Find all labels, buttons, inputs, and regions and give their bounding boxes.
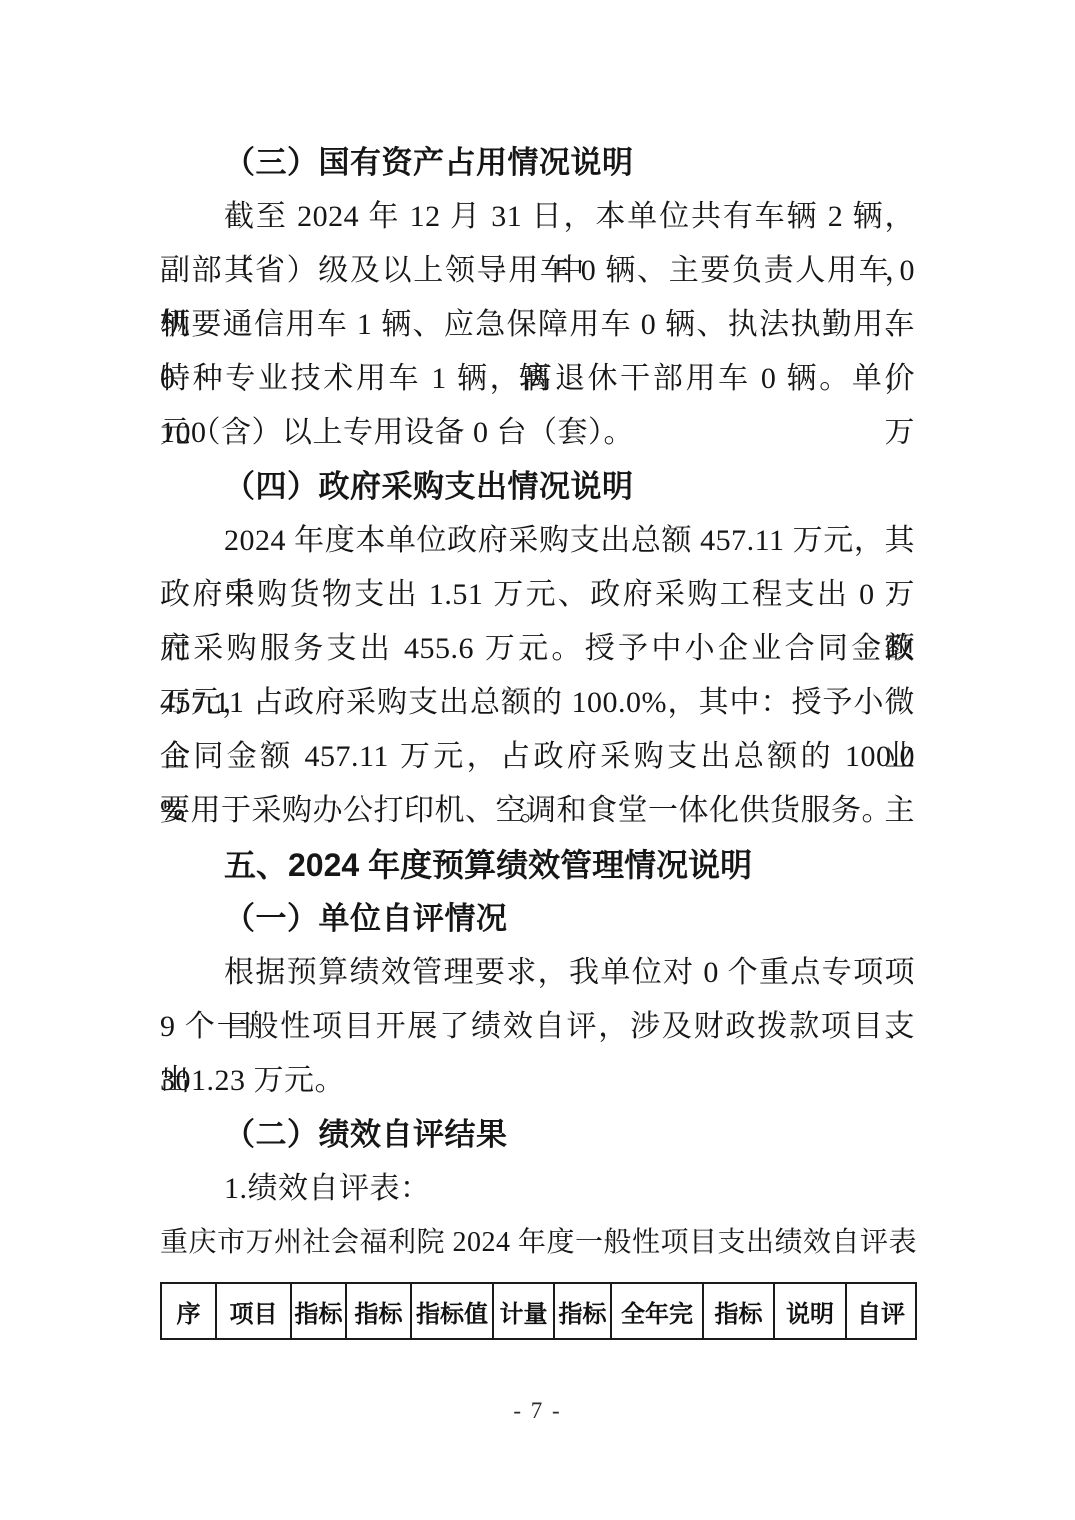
table-title: 重庆市万州社会福利院 2024 年度一般性项目支出绩效自评表 bbox=[160, 1216, 915, 1270]
table-header-cell: 全年完 bbox=[611, 1283, 703, 1339]
section-heading-results: （二）绩效自评结果 bbox=[160, 1108, 915, 1162]
text-line: 府采购服务支出 455.6 万元。授予中小企业合同金额 457.11 bbox=[160, 622, 915, 676]
section-heading-performance: 五、2024 年度预算绩效管理情况说明 bbox=[160, 838, 915, 892]
table-header-cell: 指标值 bbox=[411, 1283, 493, 1339]
text-line: 301.23 万元。 bbox=[160, 1054, 915, 1108]
table-header-row: 序 项目 指标 指标 指标值 计量 指标 全年完 指标 说明 自评 bbox=[161, 1283, 916, 1339]
text-line: 合同金额 457.11 万元，占政府采购支出总额的 100.0 %。主 bbox=[160, 730, 915, 784]
text-line: 截至 2024 年 12 月 31 日，本单位共有车辆 2 辆，其中， bbox=[160, 190, 915, 244]
text-line: 2024 年度本单位政府采购支出总额 457.11 万元，其中： bbox=[160, 514, 915, 568]
text-line: 根据预算绩效管理要求，我单位对 0 个重点专项项目、 bbox=[160, 946, 915, 1000]
section-heading-self-eval: （一）单位自评情况 bbox=[160, 892, 915, 946]
section-heading-state-assets: （三）国有资产占用情况说明 bbox=[160, 136, 915, 190]
table-header-cell: 指标 bbox=[346, 1283, 411, 1339]
list-item-self-eval-table: 1.绩效自评表： bbox=[160, 1162, 915, 1216]
text-line: 万元，占政府采购支出总额的 100.0%，其中：授予小微企业 bbox=[160, 676, 915, 730]
table-header-cell: 指标 bbox=[703, 1283, 774, 1339]
table-header-cell: 计量 bbox=[493, 1283, 554, 1339]
table-header-cell: 指标 bbox=[291, 1283, 346, 1339]
text-line: 政府采购货物支出 1.51 万元、政府采购工程支出 0 万元、政 bbox=[160, 568, 915, 622]
table-header-cell: 指标 bbox=[554, 1283, 611, 1339]
text-line: 副部（省）级及以上领导用车 0 辆、主要负责人用车 0 辆、 bbox=[160, 244, 915, 298]
text-line: 机要通信用车 1 辆、应急保障用车 0 辆、执法执勤用车 0 辆， bbox=[160, 298, 915, 352]
document-body: （三）国有资产占用情况说明 截至 2024 年 12 月 31 日，本单位共有车… bbox=[160, 136, 915, 1340]
text-line: 要用于采购办公打印机、空调和食堂一体化供货服务。 bbox=[160, 784, 915, 838]
section-heading-gov-procurement: （四）政府采购支出情况说明 bbox=[160, 460, 915, 514]
document-page: （三）国有资产占用情况说明 截至 2024 年 12 月 31 日，本单位共有车… bbox=[0, 0, 1075, 1520]
table-header-cell: 序 bbox=[161, 1283, 216, 1339]
page-number: - 7 - bbox=[0, 1398, 1075, 1424]
self-eval-table: 序 项目 指标 指标 指标值 计量 指标 全年完 指标 说明 自评 bbox=[160, 1282, 917, 1340]
text-line: 特种专业技术用车 1 辆，离退休干部用车 0 辆。单价 100 万 bbox=[160, 352, 915, 406]
table-header-cell: 说明 bbox=[774, 1283, 846, 1339]
text-line: 9 个一般性项目开展了绩效自评，涉及财政拨款项目支出 bbox=[160, 1000, 915, 1054]
table-header-cell: 自评 bbox=[846, 1283, 916, 1339]
table-header-cell: 项目 bbox=[216, 1283, 291, 1339]
